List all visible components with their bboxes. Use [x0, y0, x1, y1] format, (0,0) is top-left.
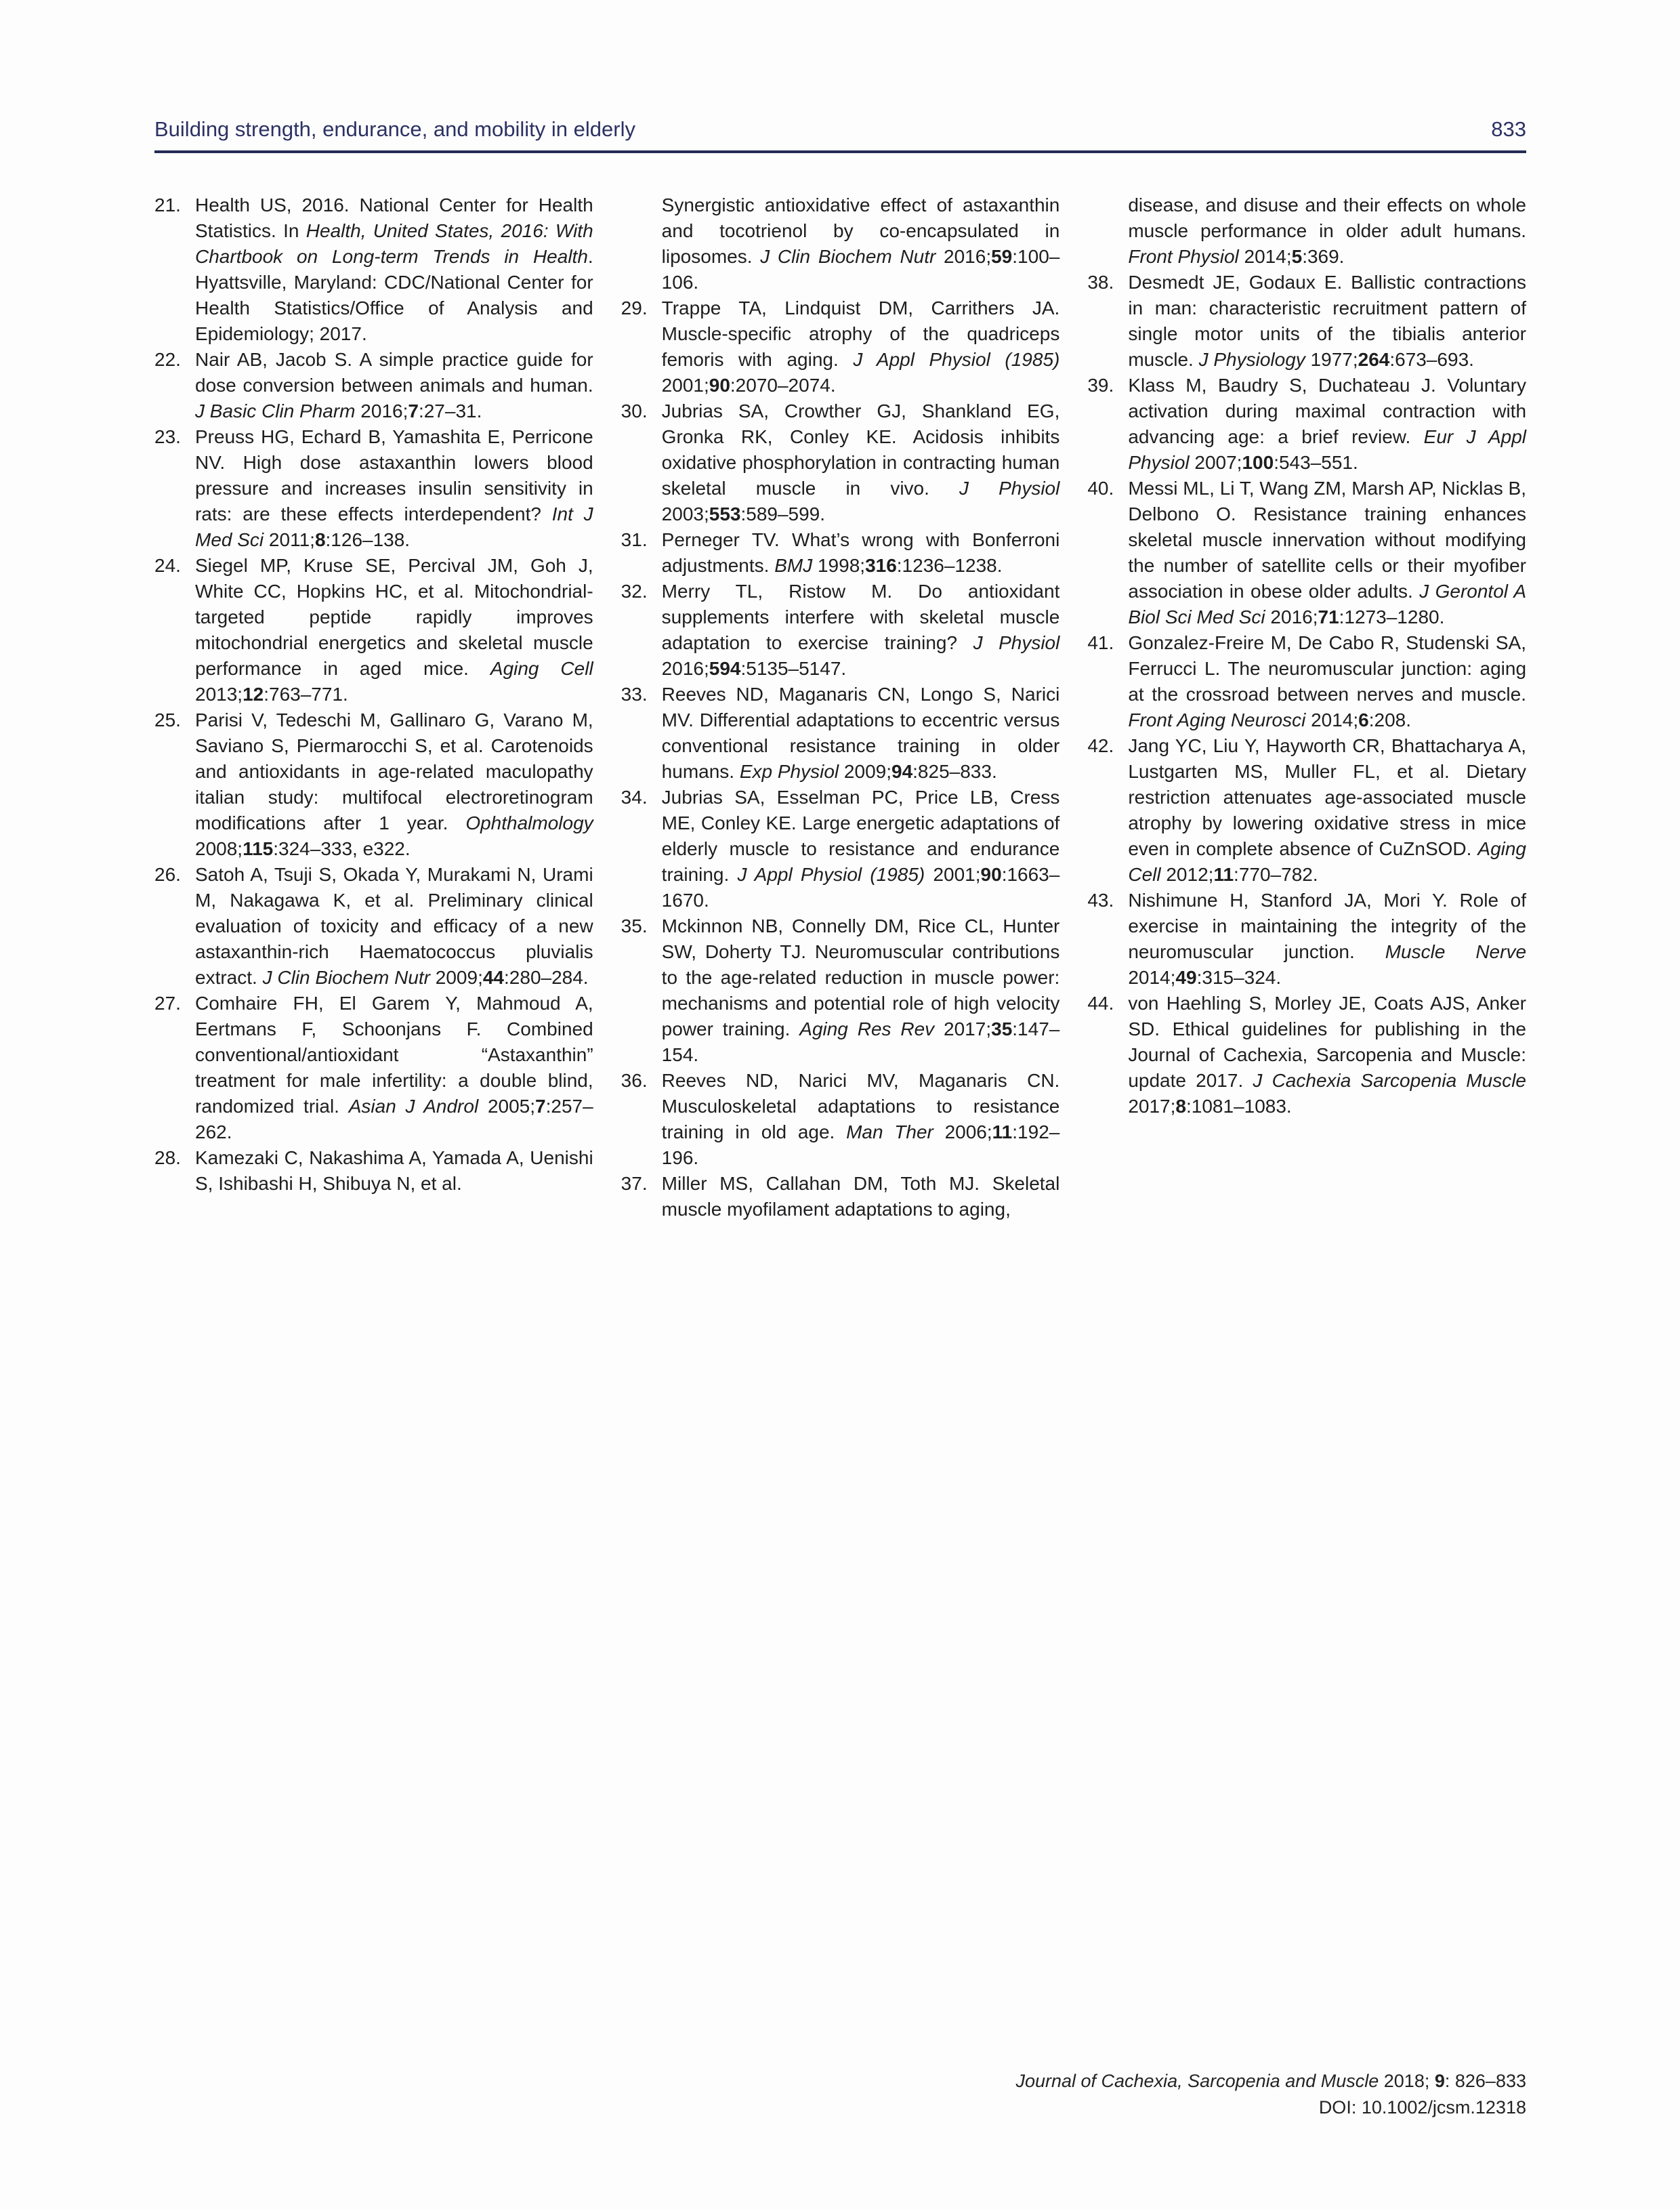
text-run: Aging Res Rev — [799, 1018, 934, 1039]
text-run: Aging Cell — [490, 658, 593, 679]
reference-item: 23.Preuss HG, Echard B, Yamashita E, Per… — [154, 424, 593, 553]
text-run: :543–551. — [1274, 452, 1358, 473]
reference-number: 37. — [621, 1171, 662, 1222]
text-run: 8 — [315, 529, 326, 550]
text-run: :770–782. — [1234, 864, 1318, 885]
text-run: 2018; — [1379, 2071, 1435, 2091]
text-run: 12 — [243, 684, 264, 705]
reference-text: Reeves ND, Maganaris CN, Longo S, Narici… — [662, 682, 1060, 785]
text-run: 2006; — [933, 1121, 992, 1142]
reference-item: 22.Nair AB, Jacob S. A simple practice g… — [154, 347, 593, 424]
reference-number: 42. — [1087, 733, 1128, 888]
reference-number — [1087, 192, 1128, 270]
text-run: 8 — [1175, 1096, 1186, 1117]
references-column-1: 21.Health US, 2016. National Center for … — [154, 192, 593, 1222]
doi-text: DOI: 10.1002/jcsm.12318 — [1015, 2094, 1526, 2121]
reference-number: 28. — [154, 1145, 195, 1197]
reference-number: 26. — [154, 862, 195, 991]
text-run: 94 — [891, 761, 912, 782]
reference-item: Synergistic antioxidative effect of asta… — [621, 192, 1060, 295]
reference-item: 36.Reeves ND, Narici MV, Maganaris CN. M… — [621, 1068, 1060, 1171]
reference-text: Jang YC, Liu Y, Hayworth CR, Bhattachary… — [1128, 733, 1526, 888]
reference-number: 40. — [1087, 476, 1128, 630]
journal-citation: Journal of Cachexia, Sarcopenia and Musc… — [1015, 2068, 1526, 2094]
text-run: 2016; — [356, 400, 408, 421]
reference-item: 44.von Haehling S, Morley JE, Coats AJS,… — [1087, 991, 1526, 1119]
text-run: :589–599. — [740, 503, 825, 524]
text-run: J Physiol — [959, 478, 1059, 499]
reference-text: Parisi V, Tedeschi M, Gallinaro G, Varan… — [195, 707, 593, 862]
reference-text: Trappe TA, Lindquist DM, Carrithers JA. … — [662, 295, 1060, 398]
text-run: 5 — [1292, 246, 1303, 267]
text-run: : 826–833 — [1445, 2071, 1526, 2091]
text-run: 2009; — [430, 967, 483, 988]
text-run: J Basic Clin Pharm — [195, 400, 356, 421]
text-run: :1081–1083. — [1186, 1096, 1292, 1117]
text-run: 90 — [709, 375, 730, 396]
reference-item: 24.Siegel MP, Kruse SE, Percival JM, Goh… — [154, 553, 593, 707]
text-run: :825–833. — [912, 761, 997, 782]
text-run: 594 — [709, 658, 741, 679]
reference-text: Gonzalez-Freire M, De Cabo R, Studenski … — [1128, 630, 1526, 733]
reference-number: 22. — [154, 347, 195, 424]
text-run: J Appl Physiol (1985) — [853, 349, 1059, 370]
reference-item: 31.Perneger TV. What’s wrong with Bonfer… — [621, 527, 1060, 579]
reference-text: Preuss HG, Echard B, Yamashita E, Perric… — [195, 424, 593, 553]
reference-text: Nair AB, Jacob S. A simple practice guid… — [195, 347, 593, 424]
reference-number: 34. — [621, 785, 662, 913]
text-run: J Clin Biochem Nutr — [760, 246, 936, 267]
text-run: :1236–1238. — [897, 555, 1003, 576]
reference-text: disease, and disuse and their effects on… — [1128, 192, 1526, 270]
reference-text: von Haehling S, Morley JE, Coats AJS, An… — [1128, 991, 1526, 1119]
reference-number: 35. — [621, 913, 662, 1068]
text-run: 2009; — [839, 761, 891, 782]
text-run: :369. — [1302, 246, 1344, 267]
text-run: 44 — [483, 967, 504, 988]
reference-item: 37.Miller MS, Callahan DM, Toth MJ. Skel… — [621, 1171, 1060, 1222]
reference-number: 24. — [154, 553, 195, 707]
reference-text: Satoh A, Tsuji S, Okada Y, Murakami N, U… — [195, 862, 593, 991]
page-header: Building strength, endurance, and mobili… — [154, 117, 1526, 153]
text-run: 2016; — [1265, 606, 1318, 627]
text-run: Gonzalez-Freire M, De Cabo R, Studenski … — [1128, 632, 1526, 705]
text-run: 9 — [1435, 2071, 1445, 2091]
reference-number: 27. — [154, 991, 195, 1145]
text-run: :1273–1280. — [1339, 606, 1445, 627]
reference-text: Merry TL, Ristow M. Do antioxidant suppl… — [662, 579, 1060, 682]
text-run: 2014; — [1128, 967, 1175, 988]
reference-number: 33. — [621, 682, 662, 785]
reference-text: Klass M, Baudry S, Duchateau J. Voluntar… — [1128, 373, 1526, 476]
reference-item: 40.Messi ML, Li T, Wang ZM, Marsh AP, Ni… — [1087, 476, 1526, 630]
text-run: Asian J Androl — [349, 1096, 478, 1117]
reference-number: 44. — [1087, 991, 1128, 1119]
text-run: 115 — [243, 838, 273, 859]
text-run: J Cachexia Sarcopenia Muscle — [1253, 1070, 1526, 1091]
reference-text: Jubrias SA, Esselman PC, Price LB, Cress… — [662, 785, 1060, 913]
text-run: disease, and disuse and their effects on… — [1128, 194, 1526, 241]
text-run: :315–324. — [1197, 967, 1282, 988]
text-run: 49 — [1175, 967, 1196, 988]
reference-number: 43. — [1087, 888, 1128, 991]
text-run: 2008; — [195, 838, 243, 859]
reference-item: 26.Satoh A, Tsuji S, Okada Y, Murakami N… — [154, 862, 593, 991]
reference-item: 32.Merry TL, Ristow M. Do antioxidant su… — [621, 579, 1060, 682]
text-run: 2014; — [1239, 246, 1292, 267]
text-run: 2017; — [1128, 1096, 1175, 1117]
text-run: :280–284. — [504, 967, 589, 988]
reference-text: Siegel MP, Kruse SE, Percival JM, Goh J,… — [195, 553, 593, 707]
text-run: Man Ther — [846, 1121, 933, 1142]
journal-page: Building strength, endurance, and mobili… — [0, 0, 1680, 2209]
reference-number: 39. — [1087, 373, 1128, 476]
text-run: 2017; — [934, 1018, 991, 1039]
references-column-2: Synergistic antioxidative effect of asta… — [621, 192, 1060, 1222]
text-run: 2013; — [195, 684, 243, 705]
text-run: 2016; — [662, 658, 709, 679]
reference-number: 38. — [1087, 270, 1128, 373]
reference-number: 30. — [621, 398, 662, 527]
reference-item: 33.Reeves ND, Maganaris CN, Longo S, Nar… — [621, 682, 1060, 785]
text-run: Nair AB, Jacob S. A simple practice guid… — [195, 349, 593, 396]
reference-item: 41.Gonzalez-Freire M, De Cabo R, Studens… — [1087, 630, 1526, 733]
reference-number — [621, 192, 662, 295]
text-run: 2005; — [478, 1096, 535, 1117]
text-run: BMJ — [774, 555, 812, 576]
reference-number: 25. — [154, 707, 195, 862]
reference-number: 31. — [621, 527, 662, 579]
page-number: 833 — [1491, 117, 1526, 142]
reference-text: Mckinnon NB, Connelly DM, Rice CL, Hunte… — [662, 913, 1060, 1068]
text-run: 2007; — [1190, 452, 1242, 473]
text-run: J Appl Physiol (1985) — [737, 864, 925, 885]
text-run: Kamezaki C, Nakashima A, Yamada A, Uenis… — [195, 1147, 593, 1194]
text-run: J Physiology — [1199, 349, 1305, 370]
text-run: :5135–5147. — [740, 658, 846, 679]
text-run: Exp Physiol — [740, 761, 839, 782]
text-run: Miller MS, Callahan DM, Toth MJ. Skeleta… — [662, 1173, 1060, 1220]
reference-item: 25.Parisi V, Tedeschi M, Gallinaro G, Va… — [154, 707, 593, 862]
text-run: Front Aging Neurosci — [1128, 709, 1305, 730]
text-run: Journal of Cachexia, Sarcopenia and Musc… — [1015, 2071, 1379, 2091]
reference-number: 41. — [1087, 630, 1128, 733]
text-run: 316 — [865, 555, 897, 576]
reference-text: Kamezaki C, Nakashima A, Yamada A, Uenis… — [195, 1145, 593, 1197]
reference-item: 35.Mckinnon NB, Connelly DM, Rice CL, Hu… — [621, 913, 1060, 1068]
text-run: 2014; — [1305, 709, 1358, 730]
reference-item: 21.Health US, 2016. National Center for … — [154, 192, 593, 347]
reference-item: 43.Nishimune H, Stanford JA, Mori Y. Rol… — [1087, 888, 1526, 991]
text-run: Muscle Nerve — [1385, 941, 1526, 962]
text-run: 2011; — [264, 529, 315, 550]
text-run: 2016; — [936, 246, 991, 267]
reference-text: Reeves ND, Narici MV, Maganaris CN. Musc… — [662, 1068, 1060, 1171]
text-run: :208. — [1369, 709, 1411, 730]
reference-number: 36. — [621, 1068, 662, 1171]
text-run: 2001; — [662, 375, 709, 396]
reference-item: 39.Klass M, Baudry S, Duchateau J. Volun… — [1087, 373, 1526, 476]
references-column-3: disease, and disuse and their effects on… — [1087, 192, 1526, 1222]
text-run: Front Physiol — [1128, 246, 1238, 267]
reference-text: Perneger TV. What’s wrong with Bonferron… — [662, 527, 1060, 579]
text-run: 1977; — [1305, 349, 1358, 370]
reference-number: 29. — [621, 295, 662, 398]
reference-item: 27.Comhaire FH, El Garem Y, Mahmoud A, E… — [154, 991, 593, 1145]
text-run: J Physiol — [973, 632, 1060, 653]
reference-text: Synergistic antioxidative effect of asta… — [662, 192, 1060, 295]
text-run: 553 — [709, 503, 741, 524]
text-run: 71 — [1318, 606, 1339, 627]
text-run: :763–771. — [264, 684, 348, 705]
text-run: :2070–2074. — [730, 375, 836, 396]
text-run: 35 — [991, 1018, 1012, 1039]
text-run: 11 — [992, 1121, 1013, 1142]
reference-item: 28.Kamezaki C, Nakashima A, Yamada A, Ue… — [154, 1145, 593, 1197]
text-run: 100 — [1242, 452, 1274, 473]
text-run: Jang YC, Liu Y, Hayworth CR, Bhattachary… — [1128, 735, 1526, 859]
text-run: :126–138. — [326, 529, 411, 550]
text-run: 6 — [1358, 709, 1369, 730]
text-run: Preuss HG, Echard B, Yamashita E, Perric… — [195, 426, 593, 524]
reference-item: 29.Trappe TA, Lindquist DM, Carrithers J… — [621, 295, 1060, 398]
text-run: 7 — [535, 1096, 546, 1117]
references-section: 21.Health US, 2016. National Center for … — [154, 192, 1526, 1222]
text-run: Ophthalmology — [465, 812, 593, 833]
reference-text: Miller MS, Callahan DM, Toth MJ. Skeleta… — [662, 1171, 1060, 1222]
text-run: 264 — [1358, 349, 1390, 370]
reference-item: 38.Desmedt JE, Godaux E. Ballistic contr… — [1087, 270, 1526, 373]
reference-number: 23. — [154, 424, 195, 553]
text-run: :27–31. — [419, 400, 482, 421]
text-run: 11 — [1213, 864, 1234, 885]
text-run: 2012; — [1161, 864, 1214, 885]
running-title: Building strength, endurance, and mobili… — [154, 117, 635, 142]
reference-text: Desmedt JE, Godaux E. Ballistic contract… — [1128, 270, 1526, 373]
text-run: 7 — [408, 400, 419, 421]
text-run: 1998; — [812, 555, 865, 576]
reference-number: 32. — [621, 579, 662, 682]
reference-text: Jubrias SA, Crowther GJ, Shankland EG, G… — [662, 398, 1060, 527]
reference-text: Nishimune H, Stanford JA, Mori Y. Role o… — [1128, 888, 1526, 991]
reference-text: Health US, 2016. National Center for Hea… — [195, 192, 593, 347]
page-footer: Journal of Cachexia, Sarcopenia and Musc… — [1015, 2068, 1526, 2121]
text-run: 59 — [991, 246, 1012, 267]
reference-number: 21. — [154, 192, 195, 347]
text-run: 2003; — [662, 503, 709, 524]
text-run: J Clin Biochem Nutr — [263, 967, 430, 988]
text-run: :324–333, e322. — [273, 838, 410, 859]
text-run: 2001; — [925, 864, 980, 885]
reference-item: 34.Jubrias SA, Esselman PC, Price LB, Cr… — [621, 785, 1060, 913]
text-run: 90 — [981, 864, 1002, 885]
reference-text: Messi ML, Li T, Wang ZM, Marsh AP, Nickl… — [1128, 476, 1526, 630]
reference-text: Comhaire FH, El Garem Y, Mahmoud A, Eert… — [195, 991, 593, 1145]
reference-item: 42.Jang YC, Liu Y, Hayworth CR, Bhattach… — [1087, 733, 1526, 888]
reference-item: disease, and disuse and their effects on… — [1087, 192, 1526, 270]
reference-item: 30.Jubrias SA, Crowther GJ, Shankland EG… — [621, 398, 1060, 527]
text-run: :673–693. — [1389, 349, 1474, 370]
